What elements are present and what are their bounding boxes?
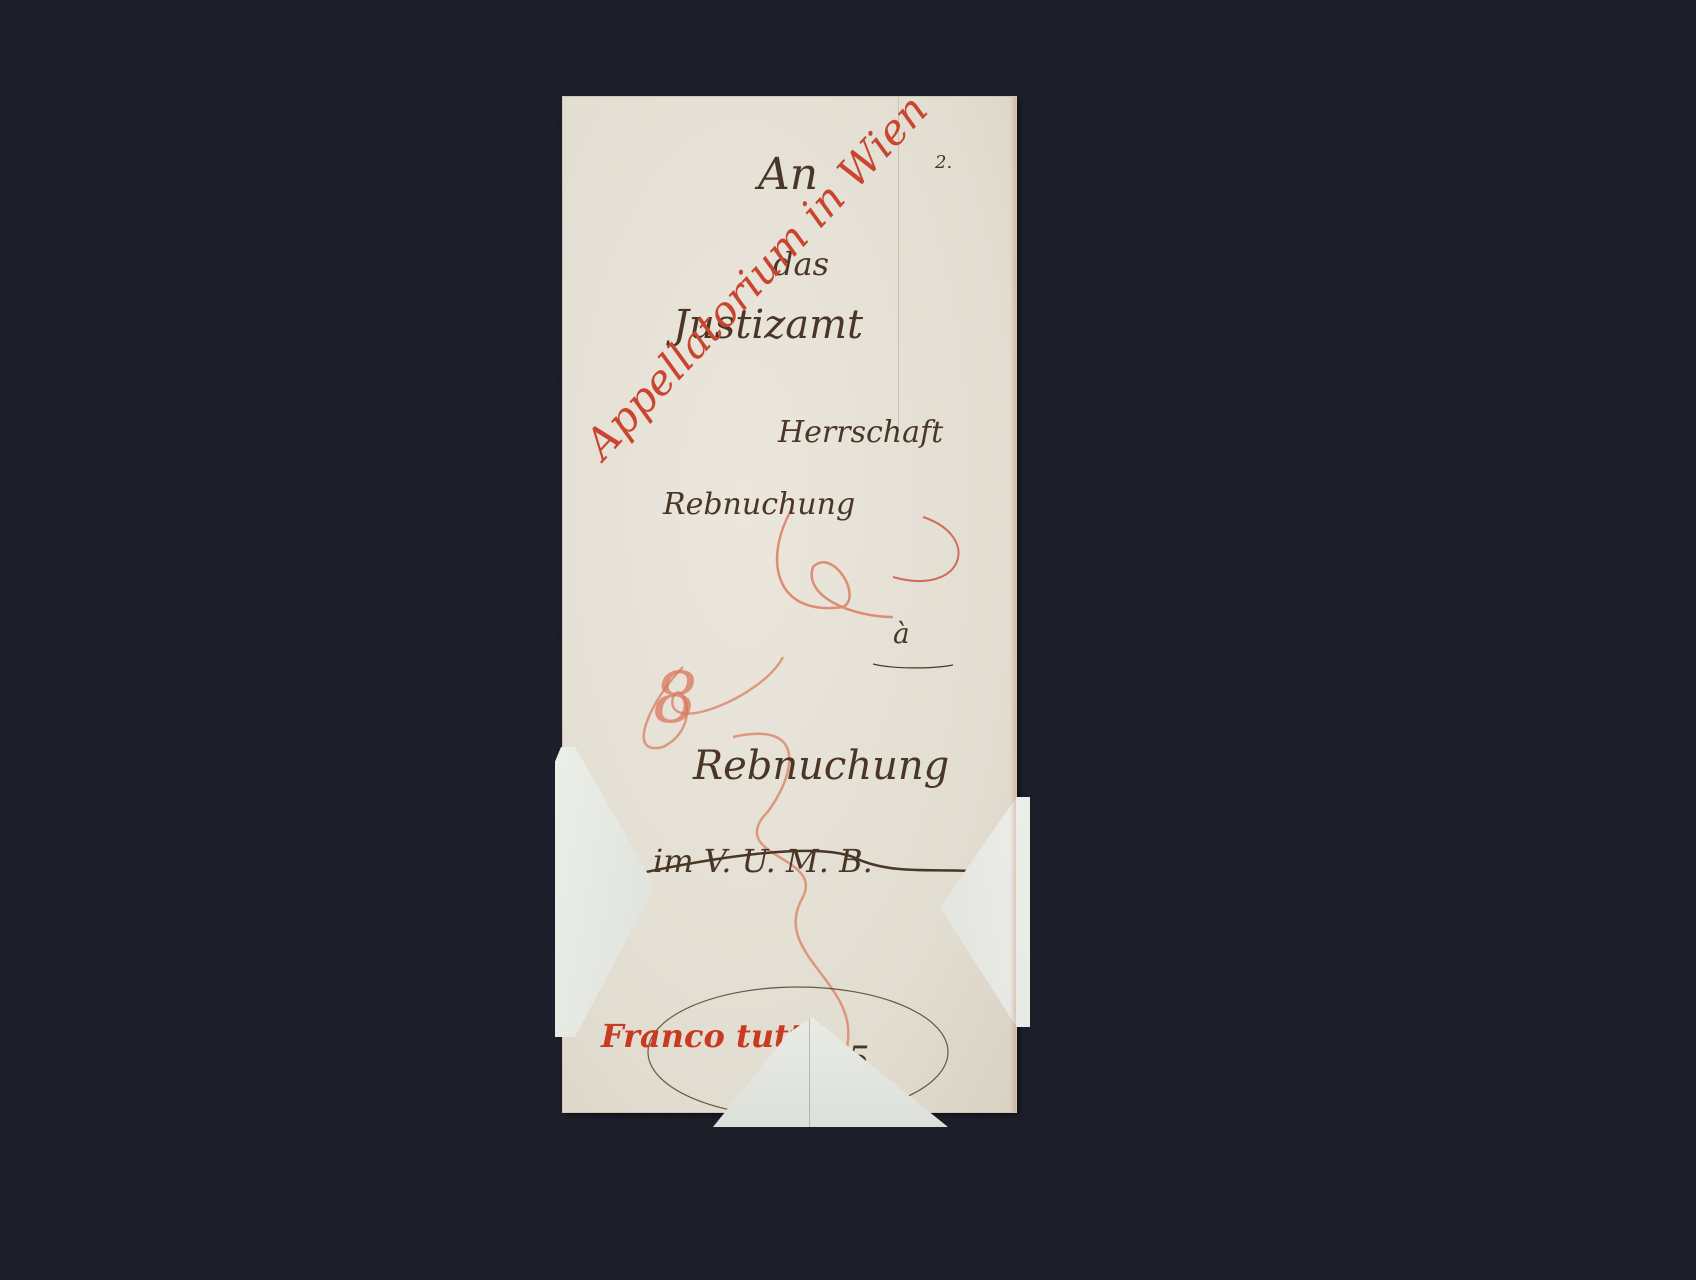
address-line-8: im V. U. M. B. [653,842,873,880]
corner-mark: 2. [935,152,952,173]
address-line-5: Rebnuchung [663,487,855,522]
address-line-6: à [893,617,910,650]
address-line-7: Rebnuchung [693,743,949,789]
address-line-4: Herrschaft [778,415,943,450]
crayon-rate-mark: 8 [653,657,698,739]
folded-letter: 2. An das Justizamt Herrschaft Rebnuchun… [563,97,1016,1112]
